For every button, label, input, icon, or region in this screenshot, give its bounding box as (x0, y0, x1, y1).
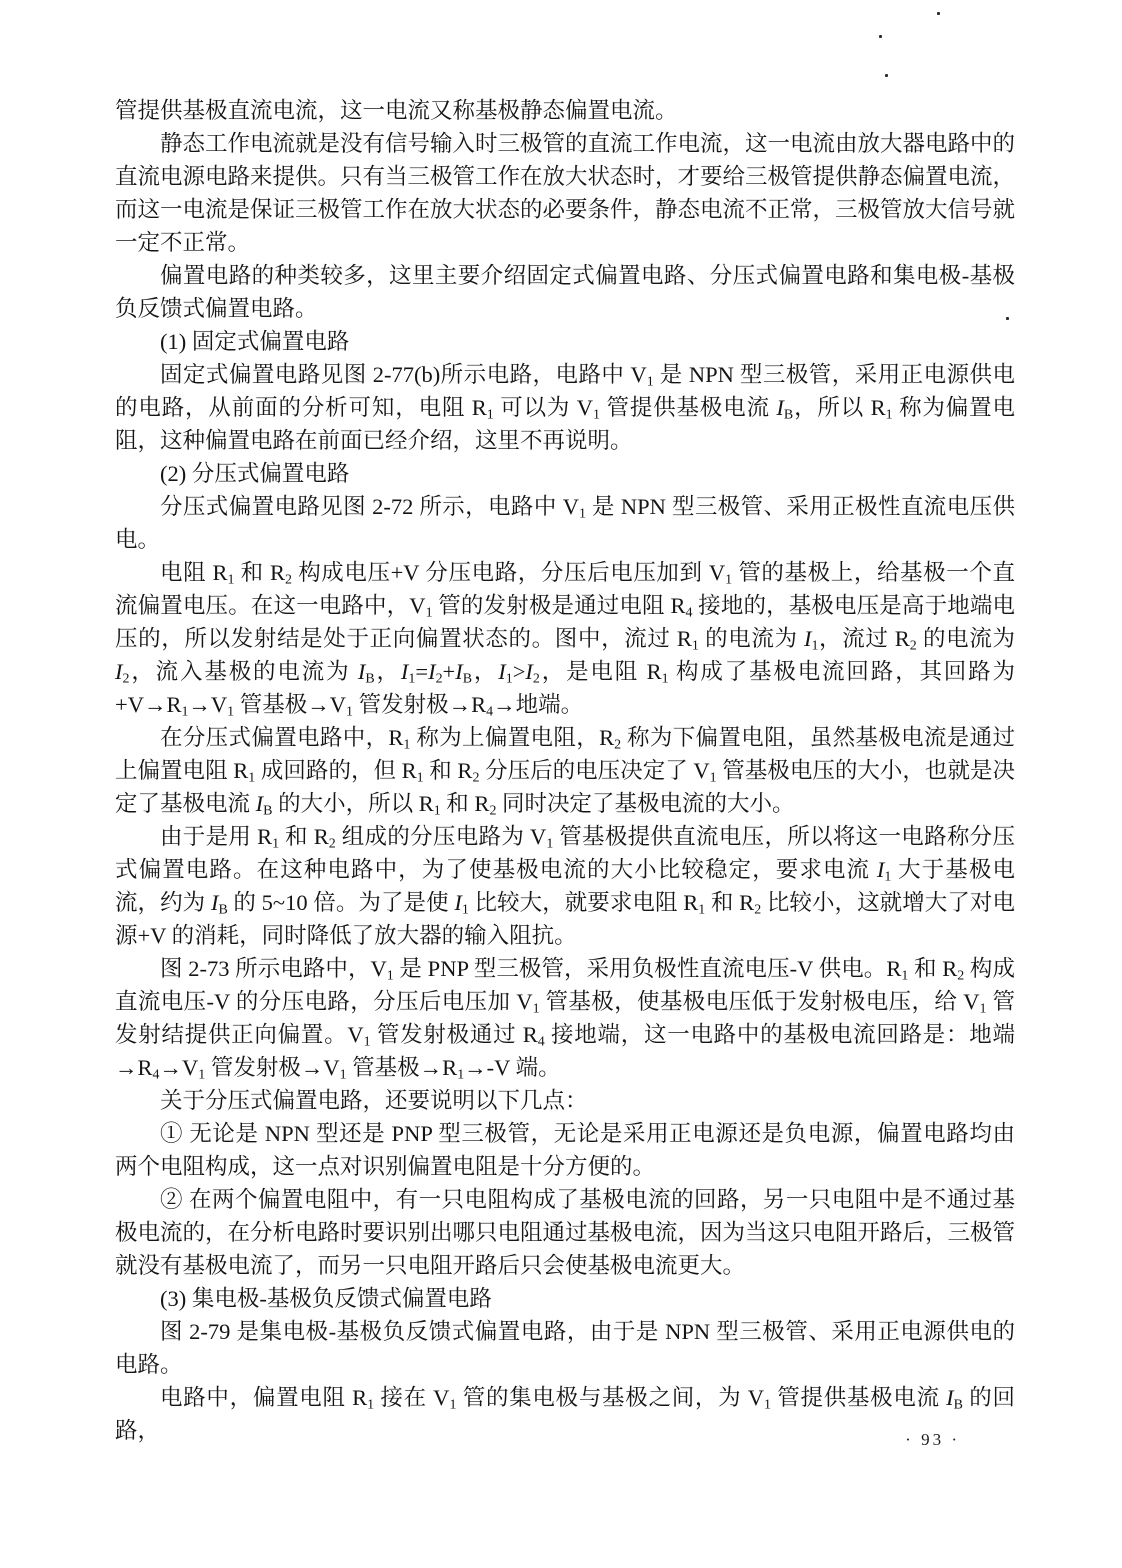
document-body: 管提供基极直流电流，这一电流又称基极静态偏置电流。静态工作电流就是没有信号输入时… (115, 94, 1015, 1447)
paragraph: ② 在两个偏置电阻中，有一只电阻构成了基极电流的回路，另一只电阻中是不通过基极电… (115, 1183, 1015, 1282)
scan-speck (1006, 317, 1009, 320)
paragraph: (3) 集电极-基极负反馈式偏置电路 (115, 1282, 1015, 1315)
paragraph: 偏置电路的种类较多，这里主要介绍固定式偏置电路、分压式偏置电路和集电极-基极负反… (115, 259, 1015, 325)
paragraph: 电阻 R1 和 R2 构成电压+V 分压电路，分压后电压加到 V1 管的基极上，… (115, 556, 1015, 721)
scan-speck (885, 74, 888, 77)
paragraph: (1) 固定式偏置电路 (115, 325, 1015, 358)
paragraph: 管提供基极直流电流，这一电流又称基极静态偏置电流。 (115, 94, 1015, 127)
paragraph: 固定式偏置电路见图 2-77(b)所示电路，电路中 V1 是 NPN 型三极管，… (115, 358, 1015, 457)
paragraph: ① 无论是 NPN 型还是 PNP 型三极管，无论是采用正电源还是负电源，偏置电… (115, 1117, 1015, 1183)
paragraph: 静态工作电流就是没有信号输入时三极管的直流工作电流，这一电流由放大器电路中的直流… (115, 127, 1015, 259)
paragraph: 图 2-79 是集电极-基极负反馈式偏置电路，由于是 NPN 型三极管、采用正电… (115, 1315, 1015, 1381)
paragraph: 分压式偏置电路见图 2-72 所示，电路中 V1 是 NPN 型三极管、采用正极… (115, 490, 1015, 556)
paragraph: 由于是用 R1 和 R2 组成的分压电路为 V1 管基极提供直流电压，所以将这一… (115, 820, 1015, 952)
scanned-page: 管提供基极直流电流，这一电流又称基极静态偏置电流。静态工作电流就是没有信号输入时… (0, 0, 1122, 1568)
paragraph: 关于分压式偏置电路，还要说明以下几点： (115, 1084, 1015, 1117)
paragraph: 图 2-73 所示电路中，V1 是 PNP 型三极管，采用负极性直流电压-V 供… (115, 952, 1015, 1084)
scan-speck (879, 35, 882, 38)
paragraph: (2) 分压式偏置电路 (115, 457, 1015, 490)
paragraph: 电路中，偏置电阻 R1 接在 V1 管的集电极与基极之间，为 V1 管提供基极电… (115, 1381, 1015, 1447)
paragraph: 在分压式偏置电路中，R1 称为上偏置电阻，R2 称为下偏置电阻，虽然基极电流是通… (115, 721, 1015, 820)
scan-speck (937, 12, 940, 15)
page-number: · 93 · (905, 1430, 960, 1450)
